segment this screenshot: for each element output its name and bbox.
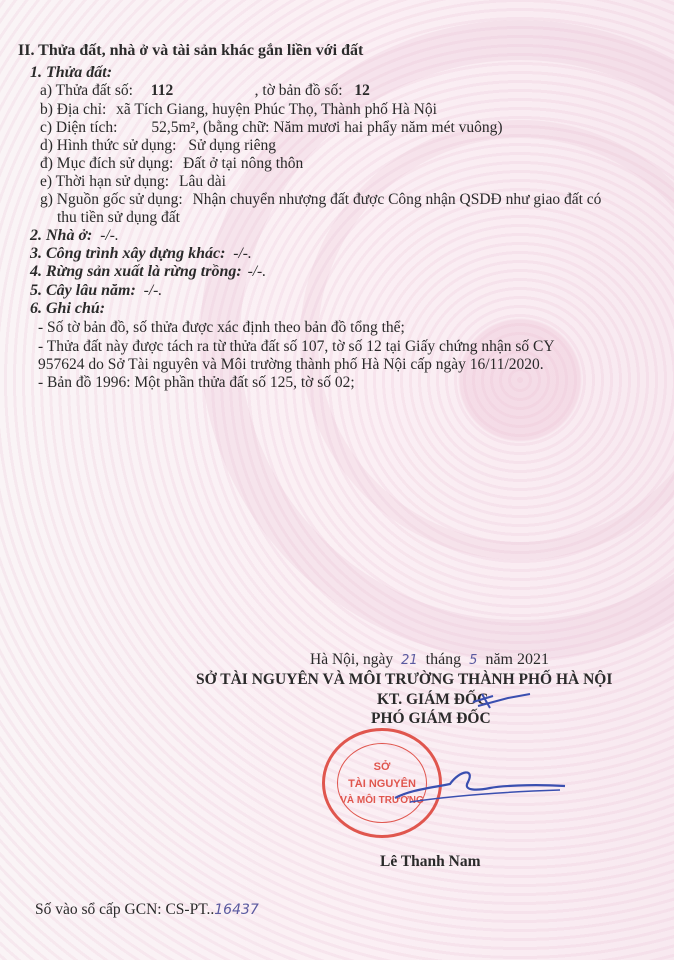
item-value: -/-. [100, 227, 119, 244]
registry-row: Số vào sổ cấp GCN: CS-PT..16437 [35, 900, 259, 920]
signature-icon [390, 760, 570, 810]
purpose-value: Đất ở tại nông thôn [183, 155, 303, 172]
day-handwritten: 21 [401, 653, 418, 668]
address-row: b) Địa chỉ: xã Tích Giang, huyện Phúc Th… [40, 100, 437, 119]
month-handwritten: 5 [469, 653, 477, 668]
origin-value-line2: thu tiền sử dụng đất [57, 208, 180, 227]
section-title: II. Thửa đất, nhà ở và tài sản khác gắn … [18, 41, 363, 60]
item-value: -/-. [144, 282, 163, 299]
parcel-row: a) Thửa đất số: 112 , tờ bản đồ số: 12 [40, 81, 370, 100]
purpose-row: đ) Mục đích sử dụng: Đất ở tại nông thôn [40, 154, 303, 173]
initials-mark-icon [468, 688, 538, 712]
notes-heading: 6. Ghi chú: [30, 299, 105, 318]
item-label: 2. Nhà ở: [30, 227, 92, 244]
signer-name: Lê Thanh Nam [380, 852, 481, 871]
map-sheet-number: 12 [354, 82, 370, 99]
usage-form-label: d) Hình thức sử dụng: [40, 137, 177, 154]
item-label: 4. Rừng sản xuất là rừng trồng: [30, 263, 242, 280]
agency-name: SỞ TÀI NGUYÊN VÀ MÔI TRƯỜNG THÀNH PHỐ HÀ… [196, 670, 612, 689]
origin-label: g) Nguồn gốc sử dụng: [40, 191, 183, 208]
area-label: c) Diện tích: [40, 119, 117, 136]
parcel-label: a) Thửa đất số: [40, 82, 133, 99]
year: 2021 [517, 651, 549, 668]
note-line: 957624 do Sở Tài nguyên và Môi trường th… [38, 355, 544, 374]
area-value: 52,5m², (bằng chữ: Năm mươi hai phẩy năm… [151, 119, 502, 136]
note-line: - Số tờ bản đồ, số thửa được xác định th… [38, 318, 405, 337]
item-perennial-trees: 5. Cây lâu năm: -/-. [30, 281, 162, 300]
item-value: -/-. [248, 263, 267, 280]
term-value: Lâu dài [179, 173, 226, 190]
land-heading: 1. Thửa đất: [30, 63, 112, 82]
origin-row: g) Nguồn gốc sử dụng: Nhận chuyển nhượng… [40, 190, 601, 209]
term-label: e) Thời hạn sử dụng: [40, 173, 169, 190]
term-row: e) Thời hạn sử dụng: Lâu dài [40, 172, 226, 191]
certificate-page: II. Thửa đất, nhà ở và tài sản khác gắn … [0, 0, 674, 960]
registry-number-handwritten: 16437 [214, 902, 259, 918]
address-value: xã Tích Giang, huyện Phúc Thọ, Thành phố… [116, 101, 437, 118]
item-house: 2. Nhà ở: -/-. [30, 226, 119, 245]
purpose-label: đ) Mục đích sử dụng: [40, 155, 173, 172]
usage-form-value: Sử dụng riêng [188, 137, 276, 154]
item-label: 3. Công trình xây dựng khác: [30, 245, 225, 262]
parcel-number: 112 [151, 81, 251, 100]
item-production-forest: 4. Rừng sản xuất là rừng trồng: -/-. [30, 262, 266, 281]
note-line: - Thửa đất này được tách ra từ thửa đất … [38, 337, 555, 356]
area-row: c) Diện tích: 52,5m², (bằng chữ: Năm mươ… [40, 118, 503, 137]
note-line: - Bản đồ 1996: Một phần thửa đất số 125,… [38, 373, 355, 392]
item-label: 5. Cây lâu năm: [30, 282, 136, 299]
item-other-construction: 3. Công trình xây dựng khác: -/-. [30, 244, 252, 263]
item-value: -/-. [233, 245, 252, 262]
map-sheet-label: , tờ bản đồ số: [255, 82, 343, 99]
address-label: b) Địa chỉ: [40, 101, 106, 118]
registry-label: Số vào sổ cấp GCN: CS-PT.. [35, 901, 214, 918]
place-date: Hà Nội, ngày 21 tháng 5 năm 2021 [310, 650, 610, 669]
origin-value-line1: Nhận chuyển nhượng đất được Công nhận QS… [193, 191, 602, 208]
usage-form-row: d) Hình thức sử dụng: Sử dụng riêng [40, 136, 276, 155]
